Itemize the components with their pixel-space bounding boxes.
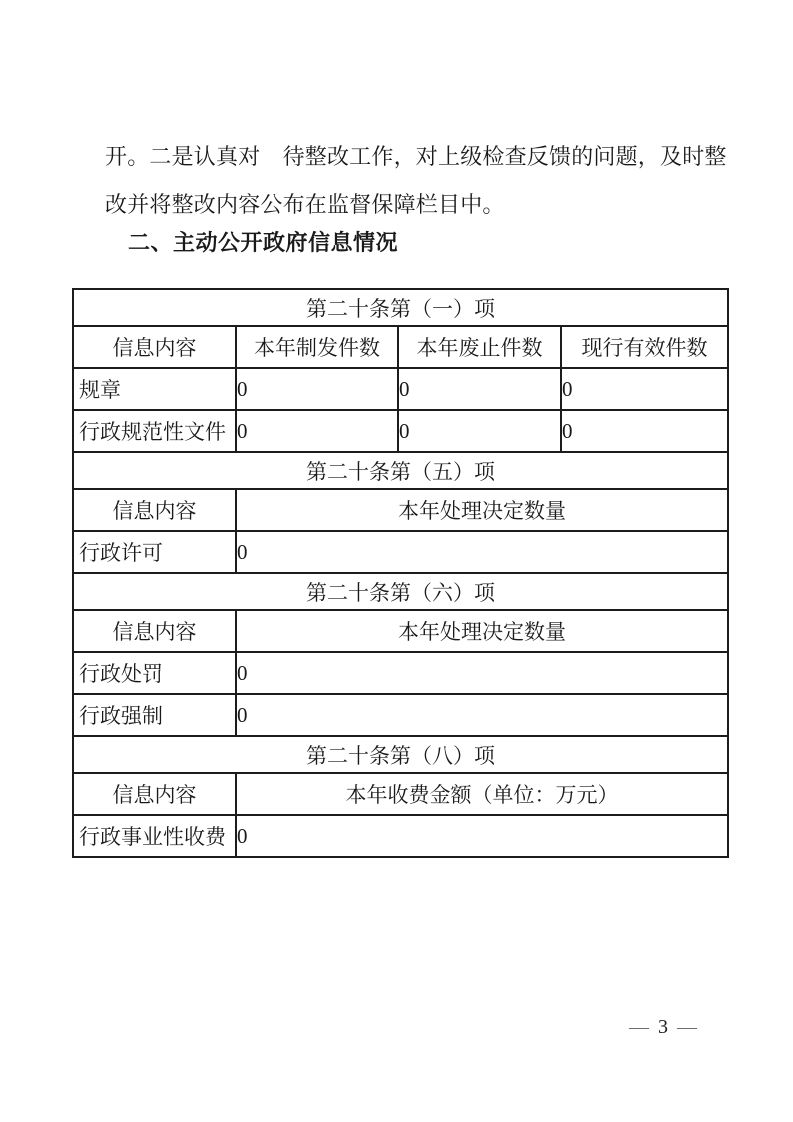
column-header: 信息内容: [73, 610, 236, 652]
row-label: 行政强制: [73, 694, 236, 736]
table-row: 信息内容 本年收费金额（单位：万元）: [73, 773, 728, 815]
table-row: 第二十条第（六）项: [73, 573, 728, 610]
column-header: 信息内容: [73, 326, 236, 368]
body-paragraph: 开。二是认真对 待整改工作，对上级检查反馈的问题，及时整 改并将整改内容公布在监…: [105, 133, 710, 229]
cell-value: 0: [236, 368, 398, 410]
cell-value: 0: [236, 652, 728, 694]
table-section-title: 第二十条第（一）项: [73, 289, 728, 326]
table-section-title: 第二十条第（八）项: [73, 736, 728, 773]
row-label: 行政规范性文件: [73, 410, 236, 452]
cell-value: 0: [236, 694, 728, 736]
table-row: 信息内容 本年制发件数 本年废止件数 现行有效件数: [73, 326, 728, 368]
table-row: 行政事业性收费 0: [73, 815, 728, 857]
column-header: 本年废止件数: [398, 326, 561, 368]
table-row: 行政处罚 0: [73, 652, 728, 694]
column-header: 现行有效件数: [561, 326, 728, 368]
table-row: 信息内容 本年处理决定数量: [73, 610, 728, 652]
row-label: 行政处罚: [73, 652, 236, 694]
column-header: 本年制发件数: [236, 326, 398, 368]
page-number-value: 3: [658, 1016, 668, 1038]
table-section-title: 第二十条第（六）项: [73, 573, 728, 610]
table-row: 第二十条第（五）项: [73, 452, 728, 489]
table-row: 行政许可 0: [73, 531, 728, 573]
table-row: 规章 0 0 0: [73, 368, 728, 410]
table-row: 信息内容 本年处理决定数量: [73, 489, 728, 531]
page-number-dash-left: —: [629, 1016, 649, 1038]
column-header: 信息内容: [73, 773, 236, 815]
table-section-title: 第二十条第（五）项: [73, 452, 728, 489]
cell-value: 0: [236, 410, 398, 452]
section-heading: 二、主动公开政府信息情况: [128, 226, 398, 257]
paragraph-line-2: 改并将整改内容公布在监督保障栏目中。: [105, 181, 710, 229]
cell-value: 0: [561, 410, 728, 452]
column-header: 本年处理决定数量: [236, 610, 728, 652]
cell-value: 0: [236, 815, 728, 857]
cell-value: 0: [398, 410, 561, 452]
cell-value: 0: [561, 368, 728, 410]
column-header: 信息内容: [73, 489, 236, 531]
cell-value: 0: [398, 368, 561, 410]
row-label: 行政事业性收费: [73, 815, 236, 857]
row-label: 规章: [73, 368, 236, 410]
row-label: 行政许可: [73, 531, 236, 573]
table-row: 第二十条第（一）项: [73, 289, 728, 326]
column-header: 本年收费金额（单位：万元）: [236, 773, 728, 815]
table-row: 第二十条第（八）项: [73, 736, 728, 773]
cell-value: 0: [236, 531, 728, 573]
page-number-dash-right: —: [677, 1016, 697, 1038]
column-header: 本年处理决定数量: [236, 489, 728, 531]
table-row: 行政规范性文件 0 0 0: [73, 410, 728, 452]
page-number: —3—: [598, 1016, 728, 1039]
table-row: 行政强制 0: [73, 694, 728, 736]
paragraph-line-1: 开。二是认真对 待整改工作，对上级检查反馈的问题，及时整: [105, 133, 710, 181]
document-page: 开。二是认真对 待整改工作，对上级检查反馈的问题，及时整 改并将整改内容公布在监…: [0, 0, 793, 1122]
disclosure-table: 第二十条第（一）项 信息内容 本年制发件数 本年废止件数 现行有效件数 规章 0…: [72, 288, 729, 858]
